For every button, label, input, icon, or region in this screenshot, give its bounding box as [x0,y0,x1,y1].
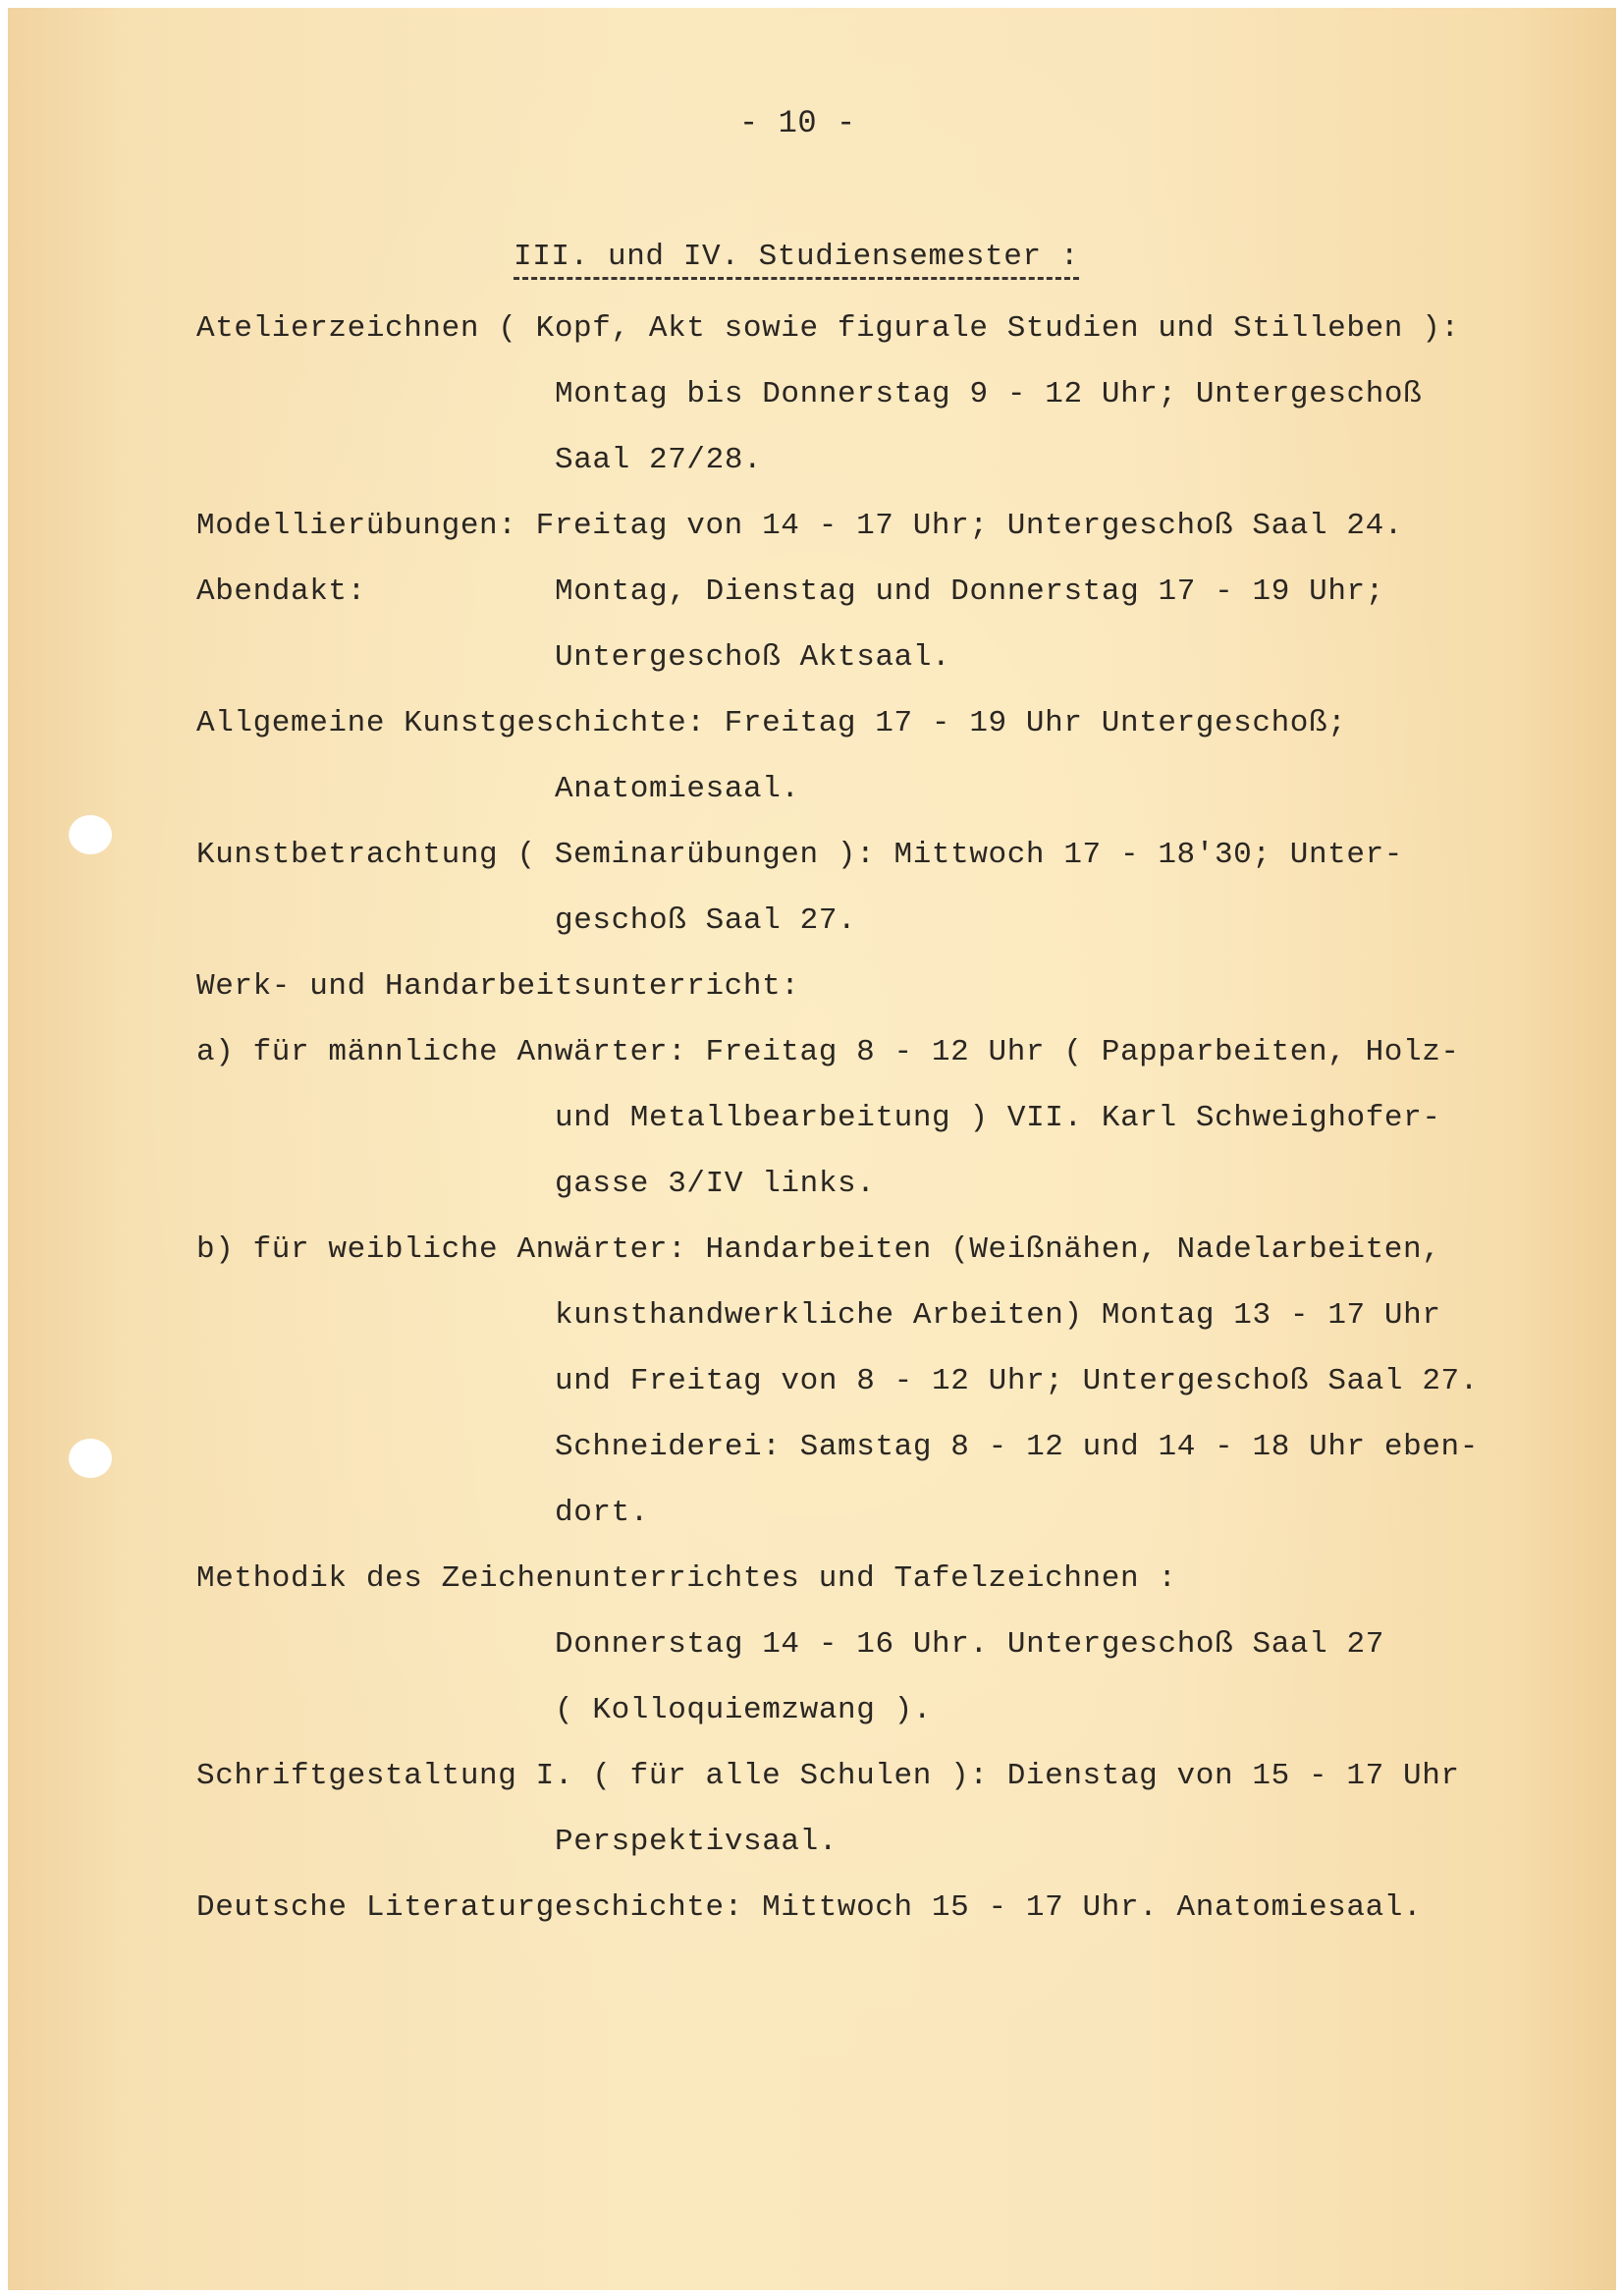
text-line: Allgemeine Kunstgeschichte: Freitag 17 -… [196,706,1346,741]
text-line: Schneiderei: Samstag 8 - 12 und 14 - 18 … [555,1430,1479,1465]
text-line: gasse 3/IV links. [555,1167,875,1202]
text-line: Montag bis Donnerstag 9 - 12 Uhr; Unterg… [555,377,1422,412]
text-line: geschoß Saal 27. [555,903,856,939]
text-line: Montag, Dienstag und Donnerstag 17 - 19 … [555,574,1384,610]
text-line: Kunstbetrachtung ( Seminarübungen ): Mit… [196,838,1403,873]
text-line: Methodik des Zeichenunterrichtes und Taf… [196,1561,1177,1597]
text-line: Modellierübungen: Freitag von 14 - 17 Uh… [196,509,1403,544]
text-line: Untergeschoß Aktsaal. [555,640,950,676]
punch-hole [69,1439,112,1478]
section-heading: III. und IV. Studiensemester : [514,240,1079,280]
text-line: Saal 27/28. [555,443,762,478]
text-line: Atelierzeichnen ( Kopf, Akt sowie figura… [196,311,1460,347]
text-line: Schriftgestaltung I. ( für alle Schulen … [196,1759,1460,1794]
text-line: Abendakt: [196,574,366,610]
punch-hole [69,815,112,854]
text-line: Anatomiesaal. [555,772,800,807]
text-line: Donnerstag 14 - 16 Uhr. Untergeschoß Saa… [555,1627,1384,1663]
text-line: Deutsche Literaturgeschichte: Mittwoch 1… [196,1890,1422,1926]
text-line: und Freitag von 8 - 12 Uhr; Untergeschoß… [555,1364,1479,1399]
text-line: kunsthandwerkliche Arbeiten) Montag 13 -… [555,1298,1441,1334]
text-line: Werk- und Handarbeitsunterricht: [196,969,800,1005]
text-line: und Metallbearbeitung ) VII. Karl Schwei… [555,1101,1441,1136]
document-page: - 10 - III. und IV. Studiensemester : At… [8,8,1616,2290]
text-line: b) für weibliche Anwärter: Handarbeiten … [196,1232,1440,1268]
page-number: - 10 - [739,106,856,141]
text-line: a) für männliche Anwärter: Freitag 8 - 1… [196,1035,1460,1070]
text-line: ( Kolloquiemzwang ). [555,1693,932,1728]
text-line: Perspektivsaal. [555,1825,838,1860]
text-line: dort. [555,1496,649,1531]
